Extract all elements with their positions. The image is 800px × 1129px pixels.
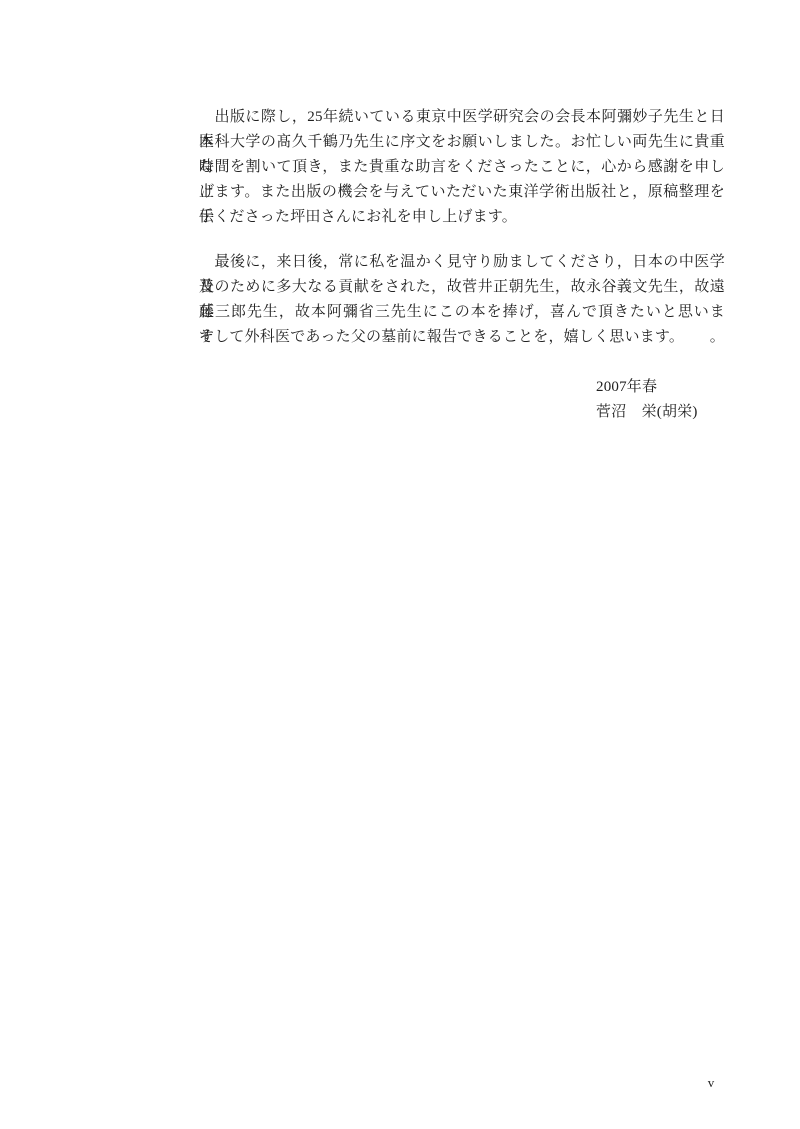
text-line: そして外科医であった父の墓前に報告できることを，嬉しく思います。 [199,325,725,350]
text-line: 最後に，来日後，常に私を温かく見守り励ましてくださり，日本の中医学普 [199,250,725,275]
date-line: 2007年春 [596,375,698,400]
text-line: 時間を割いて頂き，また貴重な助言をくださったことに，心から感謝を申し上 [199,155,725,180]
paragraph-acknowledgements: 出版に際し，25年続いている東京中医学研究会の会長本阿彌妙子先生と日本 医科大学… [199,105,725,230]
text-line: 及のために多大なる貢献をされた，故菅井正朝先生，故永谷義文先生，故遠藤 [199,275,725,300]
page-number: v [700,1074,722,1092]
afterword-text-block: 出版に際し，25年続いている東京中医学研究会の会長本阿彌妙子先生と日本 医科大学… [199,105,725,350]
text-line: 伝くださった坪田さんにお礼を申し上げます。 [199,205,725,230]
author-signature: 菅沼 栄(胡栄) [596,400,698,425]
text-line: 延三郎先生，故本阿彌省三先生にこの本を捧げ，喜んで頂きたいと思います。 [199,300,725,325]
book-page: 出版に際し，25年続いている東京中医学研究会の会長本阿彌妙子先生と日本 医科大学… [0,0,800,1129]
paragraph-dedication: 最後に，来日後，常に私を温かく見守り励ましてくださり，日本の中医学普 及のために… [199,250,725,350]
text-line: 出版に際し，25年続いている東京中医学研究会の会長本阿彌妙子先生と日本 [199,105,725,130]
signature-block: 2007年春 菅沼 栄(胡栄) [596,375,698,425]
text-line: 医科大学の髙久千鶴乃先生に序文をお願いしました。お忙しい両先生に貴重な [199,130,725,155]
text-line: げます。また出版の機会を与えていただいた東洋学術出版社と，原稿整理を手 [199,180,725,205]
